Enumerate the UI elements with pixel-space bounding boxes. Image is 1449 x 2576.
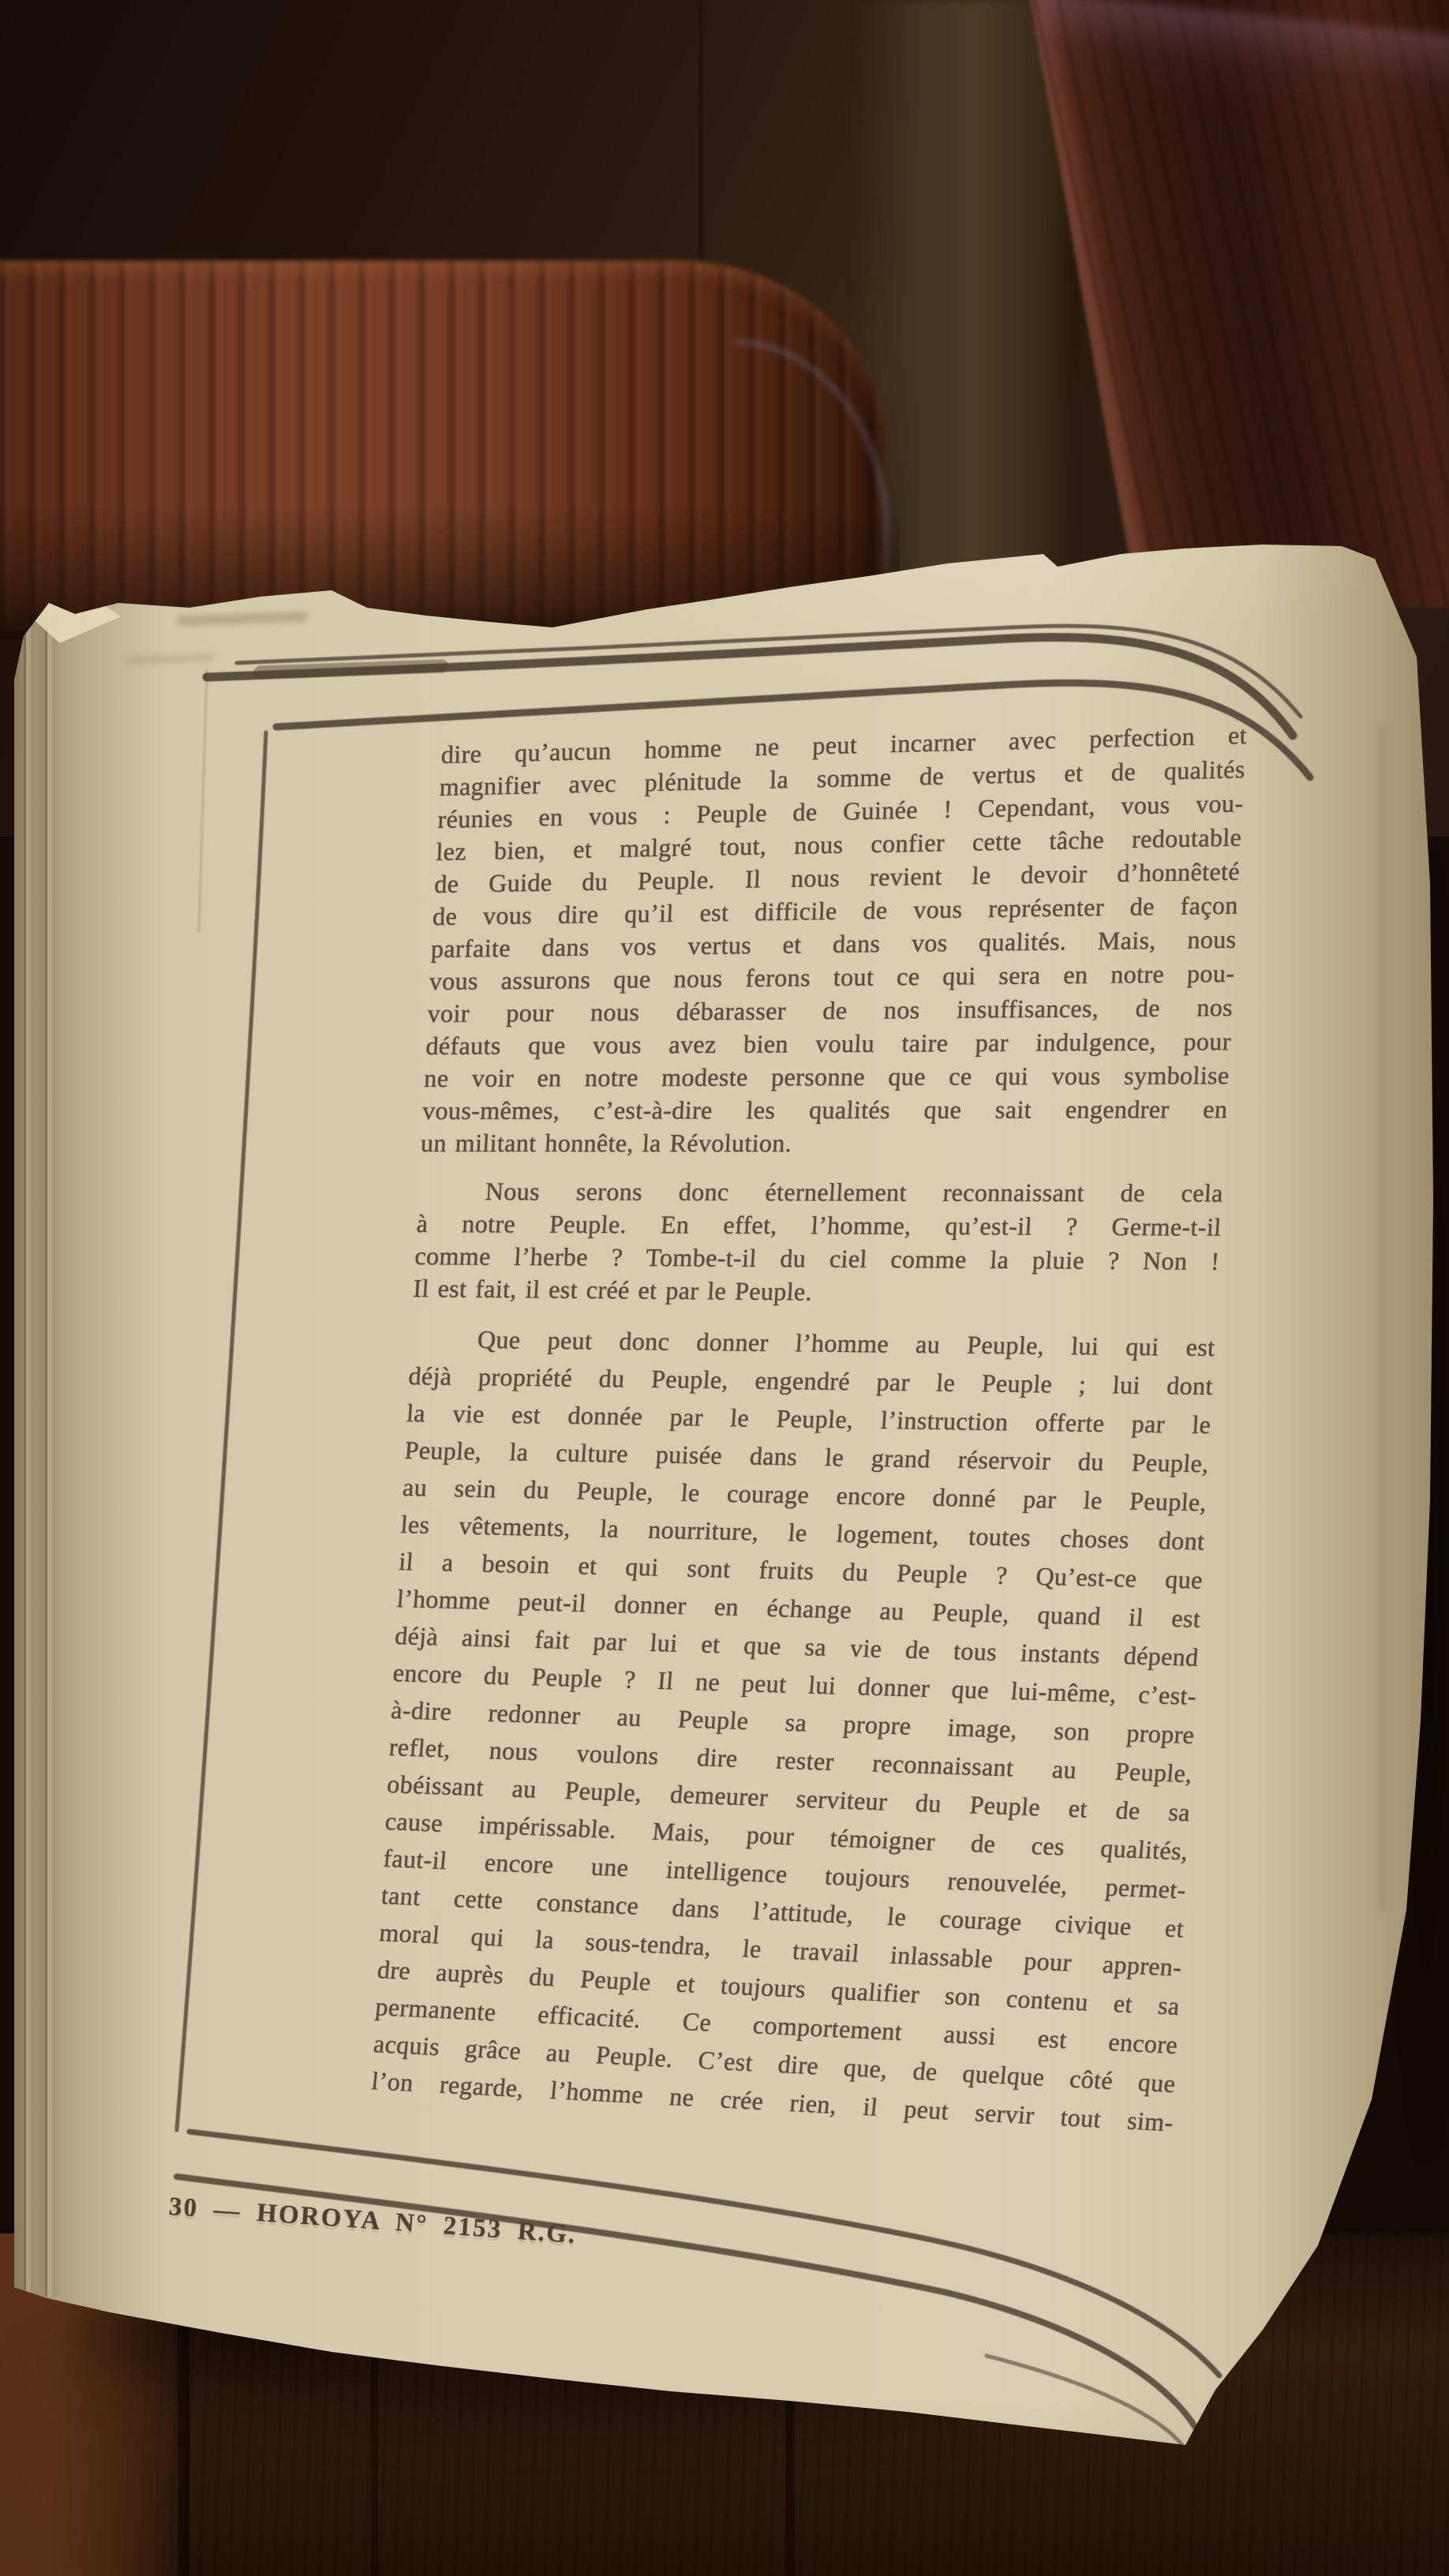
ghost-crease-line bbox=[199, 671, 207, 931]
body-text-line: Il est fait, il est créé et par le Peupl… bbox=[412, 1272, 1219, 1312]
body-text-line: à notre Peuple. En effet, l’homme, qu’es… bbox=[416, 1207, 1222, 1244]
body-text-line: comme l’herbe ? Tombe-t-il du ciel comme… bbox=[414, 1240, 1220, 1278]
article-text-column: dire qu’aucun homme ne peut incarner ave… bbox=[371, 739, 1247, 2099]
photo-of-magazine-page: dire qu’aucun homme ne peut incarner ave… bbox=[0, 0, 1449, 2576]
body-text-line: ne voir en notre modeste personne que ce… bbox=[423, 1059, 1230, 1095]
paragraph: Nous serons donc éternellement reconnais… bbox=[412, 1175, 1224, 1305]
body-text-line: voir pour nous débarasser de nos insuffi… bbox=[427, 991, 1234, 1030]
body-text-line: défauts que vous avez bien voulu taire p… bbox=[425, 1025, 1232, 1062]
frame-left-rule bbox=[177, 732, 266, 2130]
paragraph: dire qu’aucun homme ne peut incarner ave… bbox=[420, 739, 1247, 1159]
frame-bottom-rule-1 bbox=[189, 2132, 1219, 2376]
body-text-line: vous-mêmes, c’est-à-dire les qualités qu… bbox=[421, 1093, 1228, 1127]
body-text-line: Nous serons donc éternellement reconnais… bbox=[417, 1175, 1224, 1209]
body-text-line: un militant honnête, la Révolution. bbox=[420, 1127, 1226, 1159]
top-rule-ink-blob bbox=[260, 666, 442, 672]
paragraph: Que peut donc donner l’homme au Peuple, … bbox=[371, 1320, 1217, 2099]
